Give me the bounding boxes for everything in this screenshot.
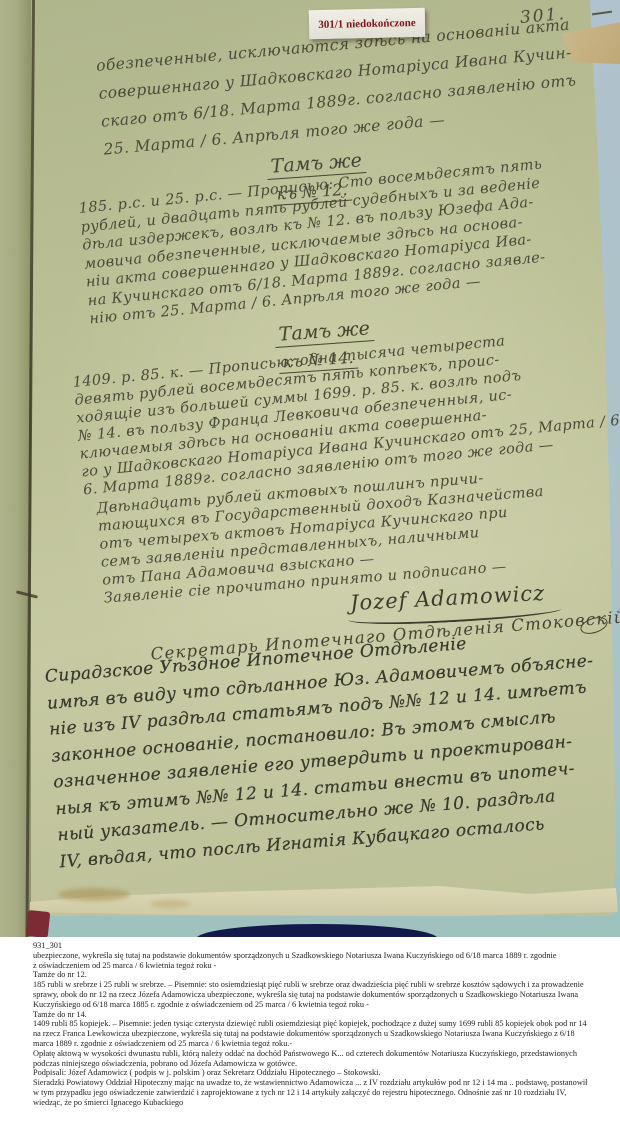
manuscript-resolution-paragraph: Сирадзское Уѣздное Ипотечное Отдѣленіеим… [44, 621, 607, 875]
archive-reference-sticker: 301/1 niedokończone [309, 8, 426, 39]
caption-line: marca 1889 r. zgodnie z oświadczeniem od… [33, 1039, 618, 1049]
caption-line: 1409 rubli 85 kopiejek. – Pisemnie: jede… [33, 1019, 618, 1029]
caption-line: z oświadczeniem od 25 marca / 6 kwietnia… [33, 961, 618, 971]
scanned-document-page: обезпеченные, исключаются здѣсь на основ… [0, 0, 620, 1136]
caption-line: w tym przypadku jego oświadczenie zatwie… [33, 1088, 618, 1098]
margin-dash-mark [592, 11, 612, 16]
caption-line: ubezpieczone, wykreśla się tutaj na pods… [33, 951, 618, 961]
caption-transcription: 931_301ubezpieczone, wykreśla się tutaj … [0, 937, 620, 1136]
archival-photo: обезпеченные, исключаются здѣсь на основ… [0, 0, 620, 937]
caption-line: Tamże do nr 14. [33, 1010, 618, 1020]
caption-line: sprawy, obok do nr 12 na rzecz Józefa Ad… [33, 990, 618, 1000]
handwritten-page-number: 301. [519, 4, 566, 28]
binding-spine-fragment [26, 910, 51, 937]
dark-object-at-bottom [196, 924, 438, 937]
paper-stain [150, 900, 190, 908]
caption-line: Podpisali: Józef Adamowicz ( podpis w j.… [33, 1068, 618, 1078]
caption-line: 185 rubli w srebrze i 25 rubli w srebrze… [33, 980, 618, 990]
caption-line: Kuczyńskiego od 6/18 marca 1885 r. zgodn… [33, 1000, 618, 1010]
caption-line: podczas niniejszego oświadczenia, pobran… [33, 1059, 618, 1069]
caption-line: Opłatę aktową w wysokości dwunastu rubli… [33, 1049, 618, 1059]
caption-line: Tamże do nr 12. [33, 970, 618, 980]
sticker-label: 301/1 niedokończone [318, 16, 416, 30]
caption-line: 931_301 [33, 941, 618, 951]
paper-stain [58, 888, 130, 901]
caption-line: Sieradzki Powiatowy Oddział Hipoteczny m… [33, 1078, 618, 1088]
caption-line: na rzecz Franca Lewkowicza ubezpieczone,… [33, 1029, 618, 1039]
caption-line: wiedząc, że po śmierci Ignacego Kubackie… [33, 1098, 618, 1108]
